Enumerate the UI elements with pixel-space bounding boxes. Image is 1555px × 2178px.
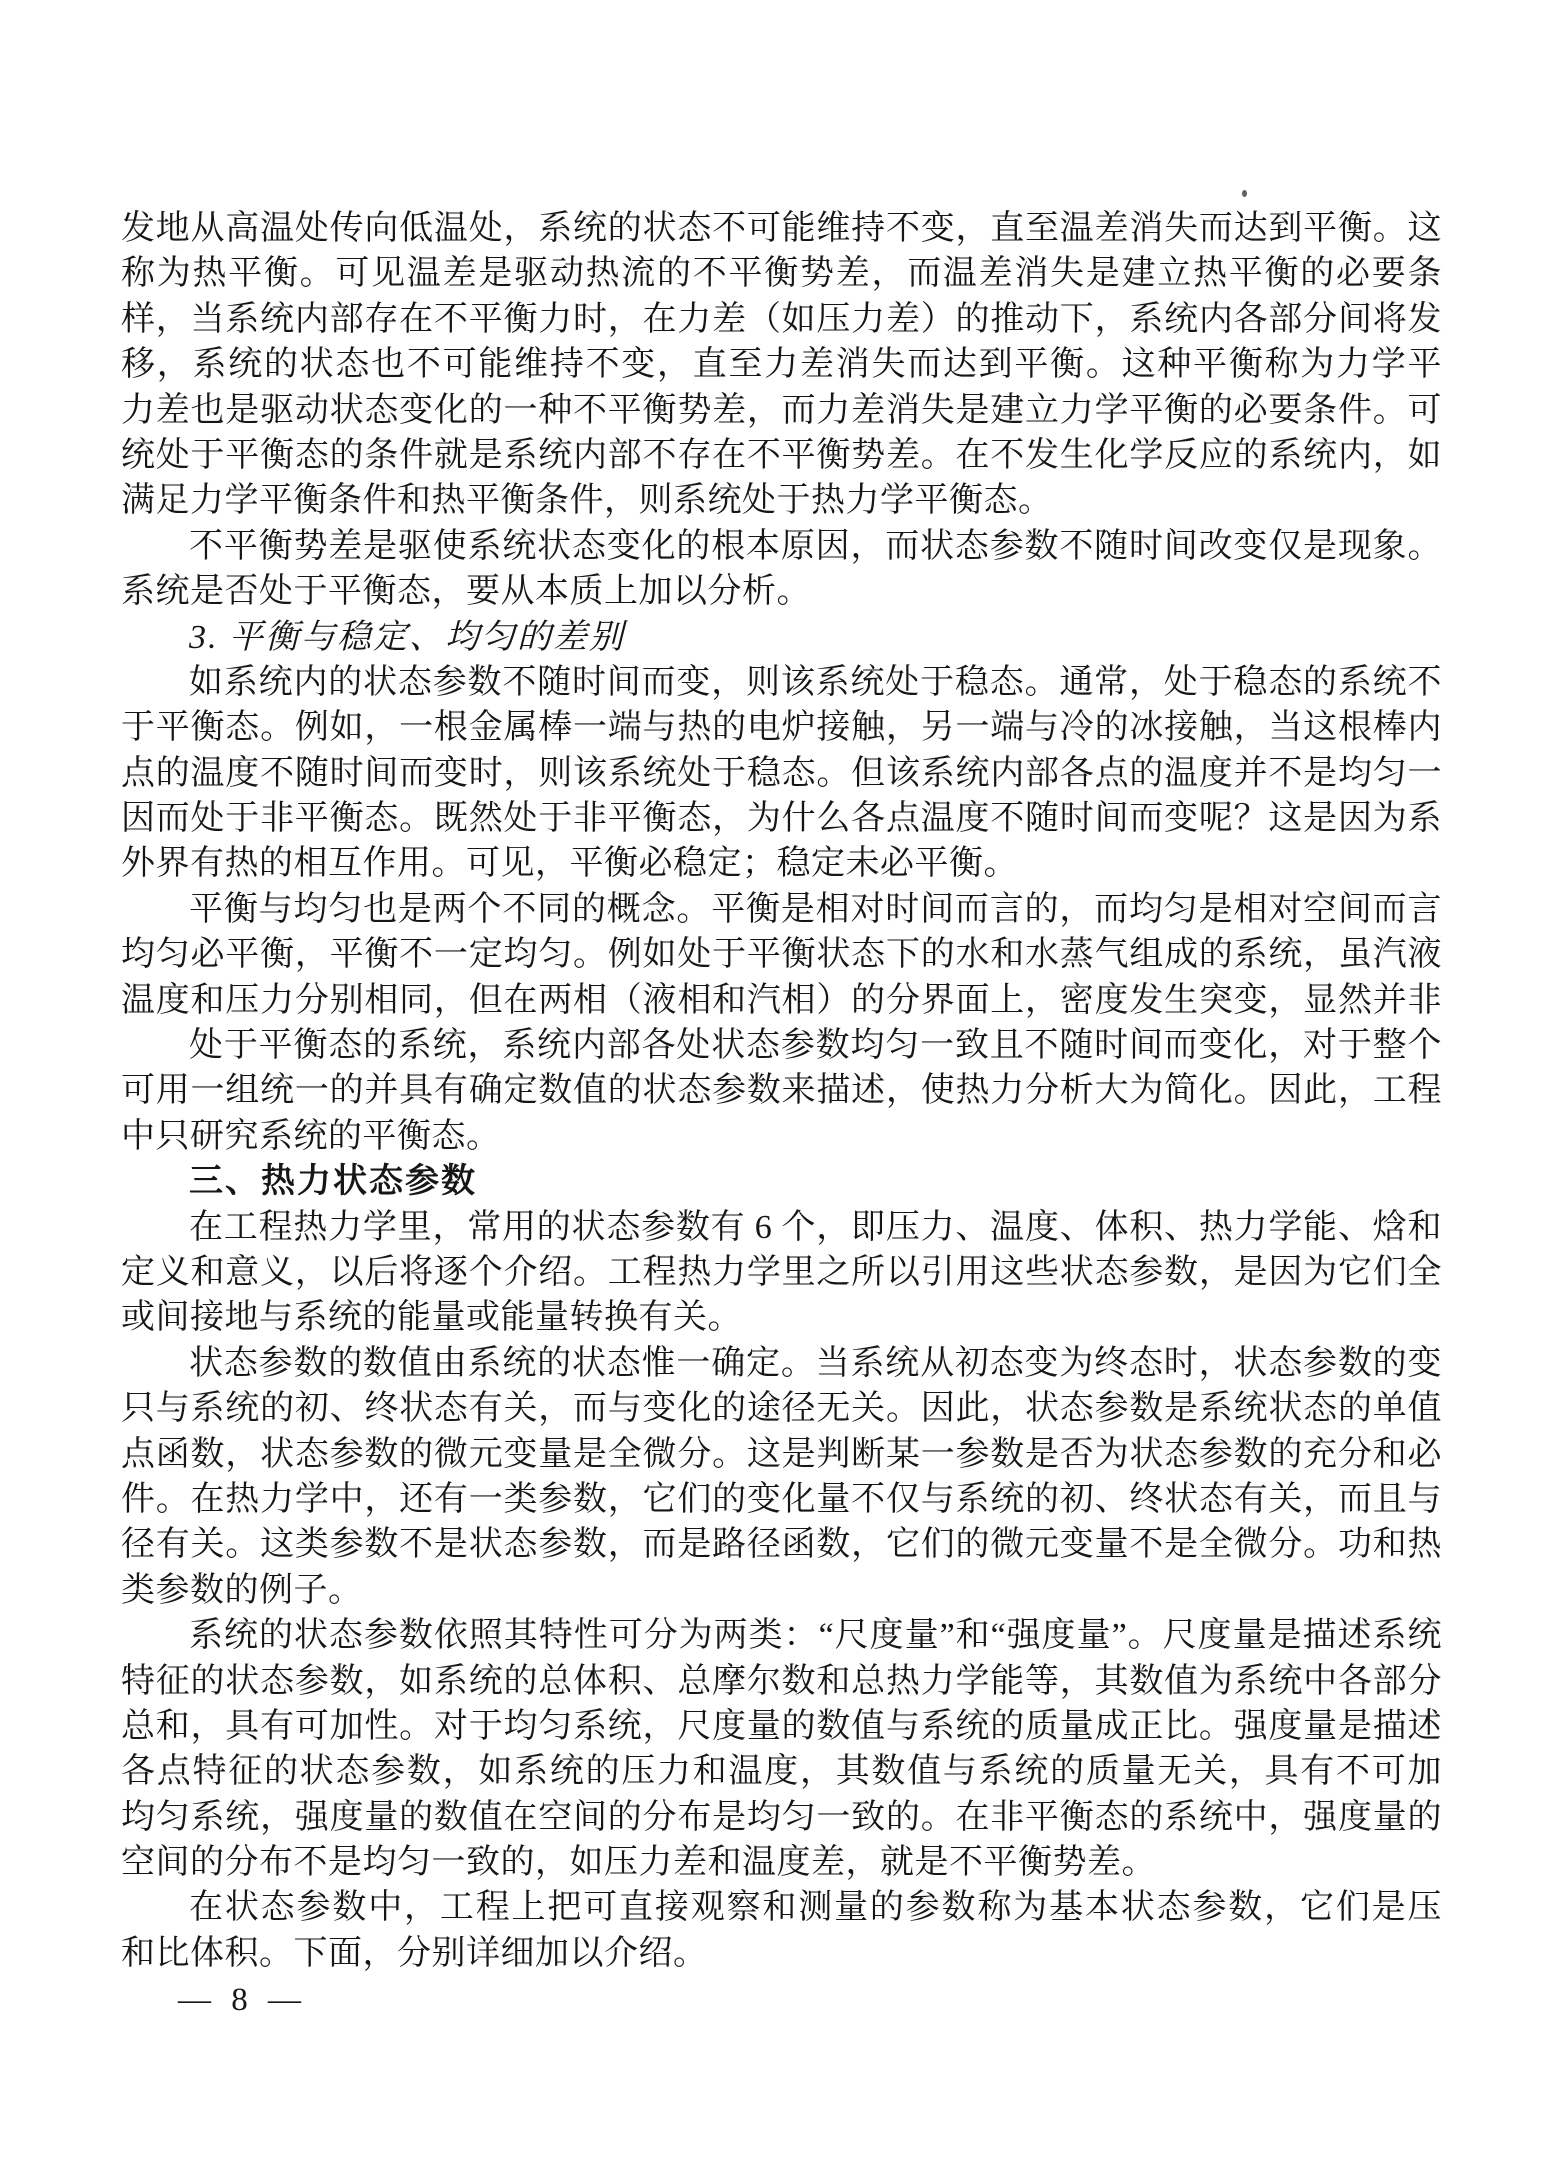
text-line: 中只研究系统的平衡态。 (121, 1114, 1442, 1159)
page-number: — 8 — (178, 1982, 307, 2019)
text-line: 点函数，状态参数的微元变量是全微分。这是判断某一参数是否为状态参数的充分和必要条 (121, 1432, 1442, 1477)
text-line: 均匀必平衡，平衡不一定均匀。例如处于平衡状态下的水和水蒸气组成的系统，虽汽液两相… (121, 932, 1442, 977)
text-line: 处于平衡态的系统，系统内部各处状态参数均匀一致且不随时间而变化，对于整个系统就 (121, 1023, 1442, 1068)
text-line: 或间接地与系统的能量或能量转换有关。 (121, 1295, 1442, 1340)
text-line: 力差也是驱动状态变化的一种不平衡势差，而力差消失是建立力学平衡的必要条件。可见，… (121, 388, 1442, 433)
text-line: 径有关。这类参数不是状态参数，而是路径函数，它们的微元变量不是全微分。功和热量是… (121, 1522, 1442, 1567)
text-line: 各点特征的状态参数，如系统的压力和温度，其数值与系统的质量无关，具有不可加性。对… (121, 1749, 1442, 1794)
scan-speck (1242, 190, 1247, 197)
text-line: 和比体积。下面，分别详细加以介绍。 (121, 1931, 1442, 1976)
text-line: 特征的状态参数，如系统的总体积、总摩尔数和总热力学能等，其数值为系统中各部分数值… (121, 1659, 1442, 1704)
text-line: 空间的分布不是均匀一致的，如压力差和温度差，就是不平衡势差。 (121, 1840, 1442, 1885)
text-line: 总和，具有可加性。对于均匀系统，尺度量的数值与系统的质量成正比。强度量是描述系统… (121, 1704, 1442, 1749)
text-line: 3. 平衡与稳定、均匀的差别 (121, 615, 1442, 660)
text-line: 称为热平衡。可见温差是驱动热流的不平衡势差，而温差消失是建立热平衡的必要条件。同 (121, 251, 1442, 296)
text-line: 在工程热力学里，常用的状态参数有 6 个，即压力、温度、体积、热力学能、焓和熵。… (121, 1205, 1442, 1250)
text-line: 温度和压力分别相同，但在两相（液相和汽相）的分界面上，密度发生突变，显然并非均匀… (121, 978, 1442, 1023)
scanned-book-page: 发地从高温处传向低温处，系统的状态不可能维持不变，直至温差消失而达到平衡。这种平… (0, 0, 1555, 2178)
text-line: 可用一组统一的并具有确定数值的状态参数来描述，使热力分析大为简化。因此，工程热力… (121, 1068, 1442, 1113)
text-line: 在状态参数中，工程上把可直接观察和测量的参数称为基本状态参数，它们是压力、温度 (121, 1885, 1442, 1930)
text-line: 于平衡态。例如，一根金属棒一端与热的电炉接触，另一端与冷的冰接触，当这根棒内任意… (121, 705, 1442, 750)
text-line: 如系统内的状态参数不随时间而变，则该系统处于稳态。通常，处于稳态的系统不一定处 (121, 660, 1442, 705)
text-line: 系统的状态参数依照其特性可分为两类：“尺度量”和“强度量”。尺度量是描述系统总体 (121, 1613, 1442, 1658)
text-line: 三、热力状态参数 (121, 1159, 1442, 1204)
text-line: 样，当系统内部存在不平衡力时，在力差（如压力差）的推动下，系统内各部分间将发生相… (121, 297, 1442, 342)
text-line: 不平衡势差是驱使系统状态变化的根本原因，而状态参数不随时间改变仅是现象。判断 (121, 524, 1442, 569)
text-line: 因而处于非平衡态。既然处于非平衡态，为什么各点温度不随时间而变呢？这是因为系统与 (121, 796, 1442, 841)
text-line: 点的温度不随时间而变时，则该系统处于稳态。但该系统内部各点的温度并不是均匀一致的… (121, 751, 1442, 796)
text-line: 定义和意义，以后将逐个介绍。工程热力学里之所以引用这些状态参数，是因为它们全都直… (121, 1250, 1442, 1295)
text-line: 移，系统的状态也不可能维持不变，直至力差消失而达到平衡。这种平衡称为力学平衡。所… (121, 342, 1442, 387)
text-line: 只与系统的初、终状态有关，而与变化的途径无关。因此，状态参数是系统状态的单值函数… (121, 1386, 1442, 1431)
text-line: 满足力学平衡条件和热平衡条件，则系统处于热力学平衡态。 (121, 478, 1442, 523)
text-line: 类参数的例子。 (121, 1568, 1442, 1613)
text-line: 统处于平衡态的条件就是系统内部不存在不平衡势差。在不发生化学反应的系统内，如同时 (121, 433, 1442, 478)
text-line: 件。在热力学中，还有一类参数，它们的变化量不仅与系统的初、终状态有关，而且与变化… (121, 1477, 1442, 1522)
text-line: 均匀系统，强度量的数值在空间的分布是均匀一致的。在非平衡态的系统中，强度量的数值… (121, 1795, 1442, 1840)
text-line: 发地从高温处传向低温处，系统的状态不可能维持不变，直至温差消失而达到平衡。这种平… (121, 206, 1442, 251)
text-line: 状态参数的数值由系统的状态惟一确定。当系统从初态变为终态时，状态参数的变化量， (121, 1341, 1442, 1386)
text-line: 系统是否处于平衡态，要从本质上加以分析。 (121, 569, 1442, 614)
page-text: 发地从高温处传向低温处，系统的状态不可能维持不变，直至温差消失而达到平衡。这种平… (121, 206, 1442, 1976)
text-line: 外界有热的相互作用。可见，平衡必稳定；稳定未必平衡。 (121, 841, 1442, 886)
text-line: 平衡与均匀也是两个不同的概念。平衡是相对时间而言的，而均匀是相对空间而言的。 (121, 887, 1442, 932)
